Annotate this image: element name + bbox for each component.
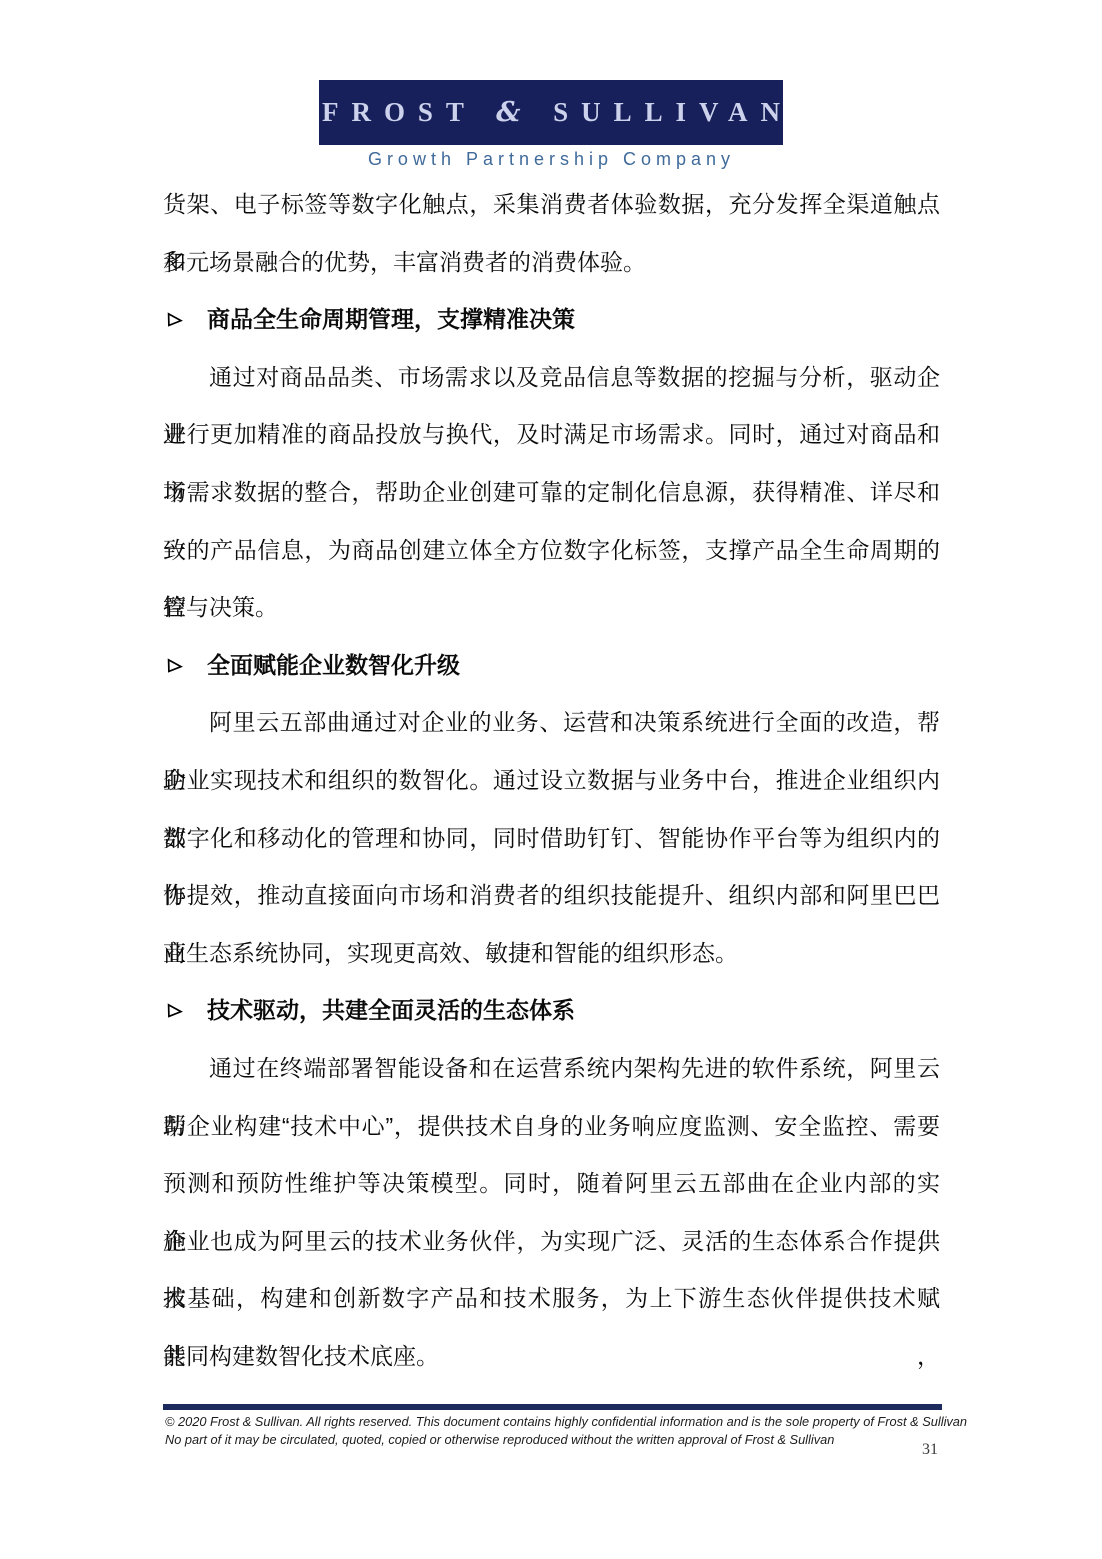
paragraph-line: 货架、电子标签等数字化触点，采集消费者体验数据，充分发挥全渠道触点和 <box>163 176 940 234</box>
paragraph-line: 作提效，推动直接面向市场和消费者的组织技能提升、组织内部和阿里巴巴商 <box>163 867 940 925</box>
paragraph-line: 预测和预防性维护等决策模型。同时，随着阿里云五部曲在企业内部的实施， <box>163 1155 940 1213</box>
paragraph-line: 业生态系统协同，实现更高效、敏捷和智能的组织形态。 <box>163 925 940 983</box>
section-heading-text: 全面赋能企业数智化升级 <box>207 637 460 695</box>
logo-word-frost: FROST <box>322 97 476 127</box>
document-body: 货架、电子标签等数字化触点，采集消费者体验数据，充分发挥全渠道触点和多元场景融合… <box>163 176 940 1385</box>
frost-sullivan-logo: FROST & SULLIVAN <box>319 80 783 145</box>
paragraph-line: 阿里云五部曲通过对企业的业务、运营和决策系统进行全面的改造，帮助 <box>163 694 940 752</box>
paragraph-line: 进行更加精准的商品投放与换代，及时满足市场需求。同时，通过对商品和市 <box>163 406 940 464</box>
footer-divider-bar <box>163 1404 942 1410</box>
section-heading-text: 商品全生命周期管理，支撑精准决策 <box>207 291 575 349</box>
section-heading: 技术驱动，共建全面灵活的生态体系 <box>163 982 940 1040</box>
section-heading-text: 技术驱动，共建全面灵活的生态体系 <box>207 982 575 1040</box>
paragraph-line: 助企业构建“技术中心”，提供技术自身的业务响应度监测、安全监控、需要 <box>163 1098 940 1156</box>
copyright-line-2: No part of it may be circulated, quoted,… <box>165 1431 944 1449</box>
paragraph-line: 控与决策。 <box>163 579 940 637</box>
page-number: 31 <box>922 1441 938 1459</box>
logo-tagline: Growth Partnership Company <box>163 149 940 170</box>
paragraph-line: 企业实现技术和组织的数智化。通过设立数据与业务中台，推进企业组织内部 <box>163 752 940 810</box>
paragraph-line: 通过对商品品类、市场需求以及竞品信息等数据的挖掘与分析，驱动企业 <box>163 349 940 407</box>
section-heading: 全面赋能企业数智化升级 <box>163 637 940 695</box>
copyright-line-1: © 2020 Frost & Sullivan. All rights rese… <box>165 1413 944 1431</box>
logo-text: FROST & SULLIVAN <box>309 97 793 128</box>
arrow-bullet-icon <box>163 311 207 329</box>
paragraph-line: 多元场景融合的优势，丰富消费者的消费体验。 <box>163 234 940 292</box>
section-heading: 商品全生命周期管理，支撑精准决策 <box>163 291 940 349</box>
paragraph-line: 致的产品信息，为商品创建立体全方位数字化标签，支撑产品全生命周期的管 <box>163 522 940 580</box>
arrow-bullet-icon <box>163 1002 207 1020</box>
paragraph-line: 企业也成为阿里云的技术业务伙伴，为实现广泛、灵活的生态体系合作提供技 <box>163 1213 940 1271</box>
paragraph-line: 场需求数据的整合，帮助企业创建可靠的定制化信息源，获得精准、详尽和一 <box>163 464 940 522</box>
arrow-bullet-icon <box>163 657 207 675</box>
paragraph-line: 数字化和移动化的管理和协同，同时借助钉钉、智能协作平台等为组织内的协 <box>163 810 940 868</box>
paragraph-line: 术基础，构建和创新数字产品和技术服务，为上下游生态伙伴提供技术赋能， <box>163 1270 940 1328</box>
logo-ampersand: & <box>496 97 533 128</box>
paragraph-line: 通过在终端部署智能设备和在运营系统内架构先进的软件系统，阿里云帮 <box>163 1040 940 1098</box>
page-footer: © 2020 Frost & Sullivan. All rights rese… <box>165 1413 944 1448</box>
logo-word-sullivan: SULLIVAN <box>553 97 793 127</box>
